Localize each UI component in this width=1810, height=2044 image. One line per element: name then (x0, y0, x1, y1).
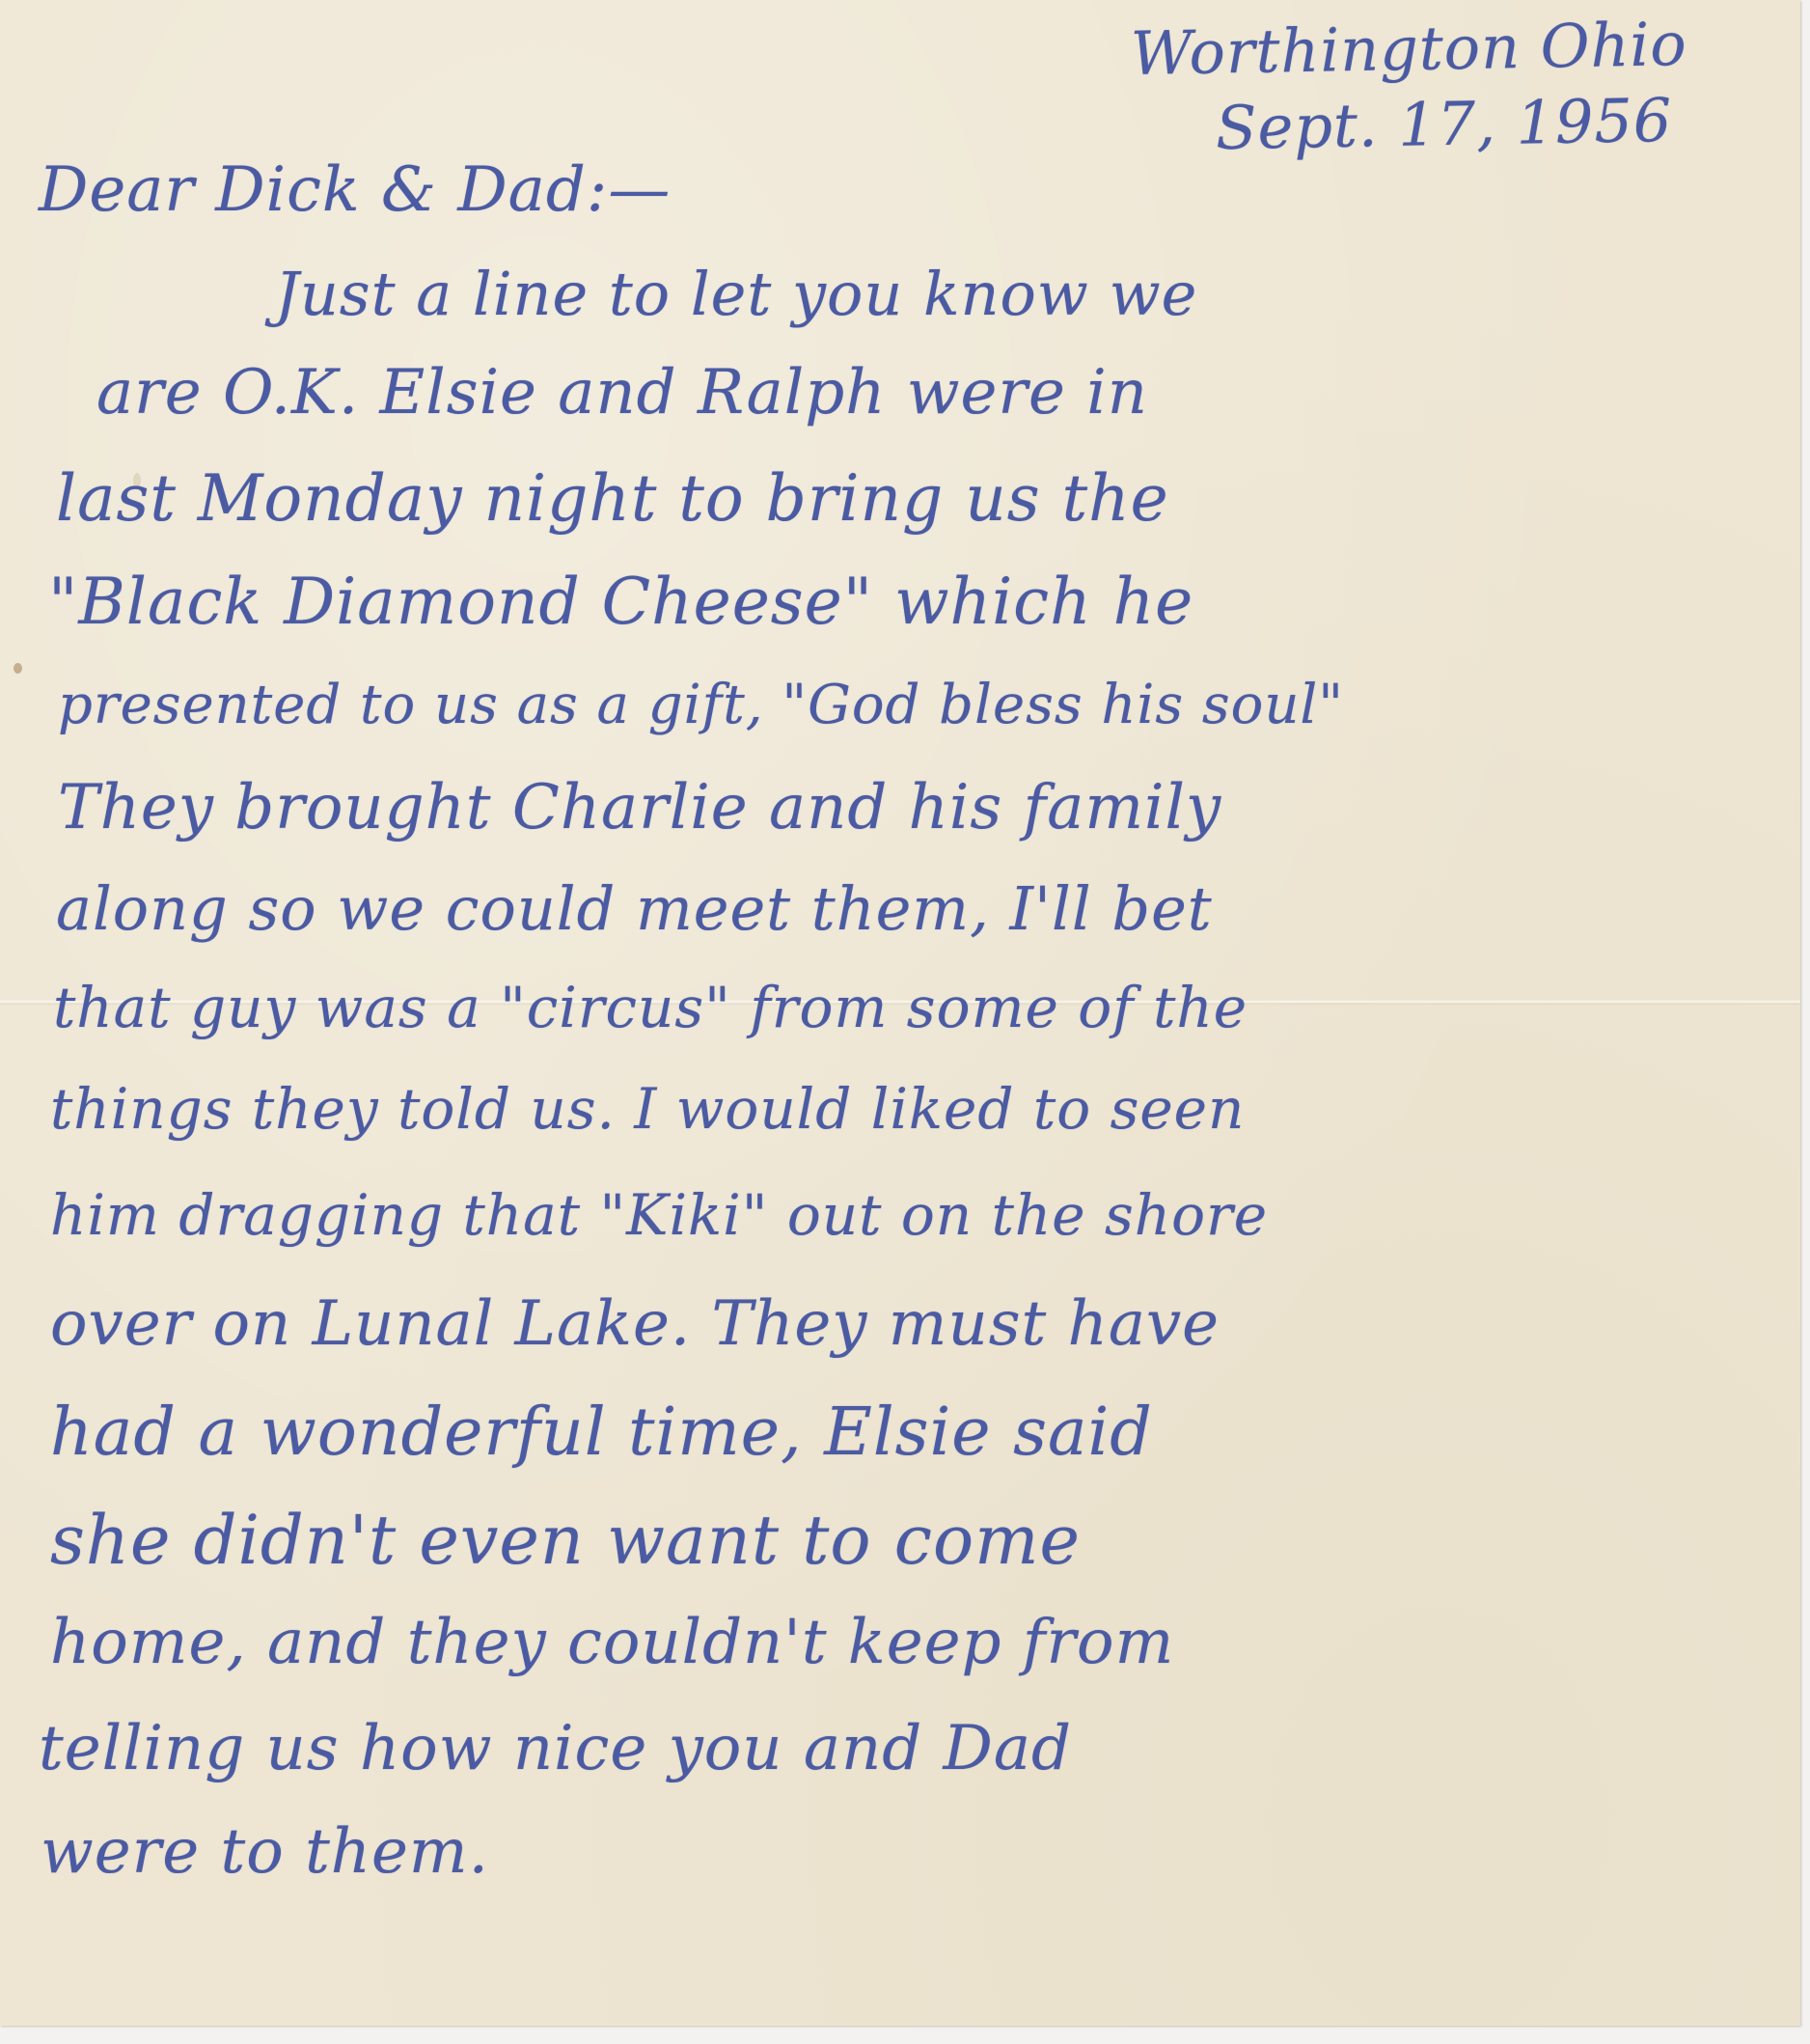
letter-line: over on Lunal Lake. They must have (50, 1288, 1220, 1360)
letter-line: along so we could meet them, I'll bet (56, 873, 1213, 944)
scanned-page: Worthington Ohio Sept. 17, 1956 Dear Dic… (0, 0, 1810, 2044)
letter-line: "Black Diamond Cheese" which he (48, 565, 1193, 639)
letter-place: Worthington Ohio (1130, 9, 1687, 89)
letter-line: Just a line to let you know we (275, 259, 1197, 329)
letter-line: things they told us. I would liked to se… (50, 1076, 1245, 1142)
letter-line: are O.K. Elsie and Ralph were in (96, 357, 1148, 428)
letter-line: were to them. (41, 1816, 489, 1888)
letter-line: home, and they couldn't keep from (50, 1607, 1174, 1678)
paper-stain (14, 663, 22, 674)
letter-paper: Worthington Ohio Sept. 17, 1956 Dear Dic… (0, 0, 1800, 2026)
letter-line: she didn't even want to come (50, 1501, 1081, 1580)
letter-line: last Monday night to bring us the (56, 461, 1169, 536)
letter-date: Sept. 17, 1956 (1215, 85, 1672, 163)
letter-line: presented to us as a gift, "God bless hi… (58, 674, 1344, 736)
letter-line: that guy was a "circus" from some of the (53, 975, 1248, 1040)
letter-line: telling us how nice you and Dad (39, 1713, 1072, 1784)
letter-salutation: Dear Dick & Dad:— (39, 154, 671, 226)
letter-line: had a wonderful time, Elsie said (50, 1395, 1153, 1471)
letter-line: him dragging that "Kiki" out on the shor… (50, 1182, 1268, 1248)
letter-line: They brought Charlie and his family (58, 772, 1221, 843)
